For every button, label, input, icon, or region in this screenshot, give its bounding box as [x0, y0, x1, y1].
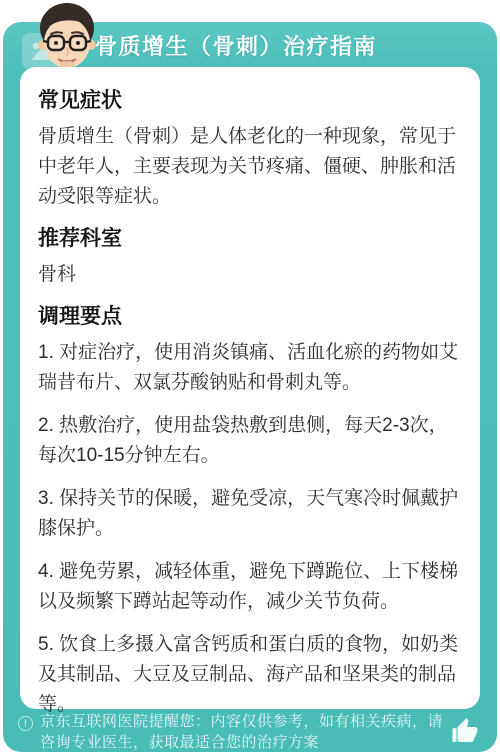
- symptoms-text: 骨质增生（骨刺）是人体老化的一种现象，常见于中老年人，主要表现为关节疼痛、僵硬、…: [38, 122, 462, 212]
- content-panel: 常见症状 骨质增生（骨刺）是人体老化的一种现象，常见于中老年人，主要表现为关节疼…: [20, 67, 480, 709]
- care-point-item: 5. 饮食上多摄入富含钙质和蛋白质的食物，如奶类及其制品、大豆及豆制品、海产品和…: [38, 630, 462, 720]
- footer-disclaimer: ! 京东互联网医院提醒您：内容仅供参考，如有相关疾病，请咨询专业医生，获取最适合…: [18, 711, 482, 753]
- department-text: 骨科: [38, 260, 462, 290]
- care-point-item: 1. 对症治疗，使用消炎镇痛、活血化瘀的药物如艾瑞昔布片、双氯芬酸钠贴和骨刺丸等…: [38, 338, 462, 398]
- section-heading-care-points: 调理要点: [38, 303, 462, 331]
- disclaimer-text: 京东互联网医院提醒您：内容仅供参考，如有相关疾病，请咨询专业医生，获取最适合您的…: [40, 711, 444, 753]
- care-point-item: 2. 热敷治疗，使用盐袋热敷到患侧，每天2-3次，每次10-15分钟左右。: [38, 411, 462, 471]
- section-heading-symptoms: 常见症状: [38, 87, 462, 115]
- care-point-item: 3. 保持关节的保暖，避免受凉，天气寒冷时佩戴护膝保护。: [38, 484, 462, 544]
- section-heading-department: 推荐科室: [38, 225, 462, 253]
- page-title: 骨质增生（骨刺）治疗指南: [95, 30, 377, 61]
- care-point-item: 4. 避免劳累，减轻体重，避免下蹲跪位、上下楼梯以及频繁下蹲站起等动作，减少关节…: [38, 557, 462, 617]
- info-circle-icon: !: [18, 716, 33, 731]
- thumbs-up-icon[interactable]: [450, 717, 480, 747]
